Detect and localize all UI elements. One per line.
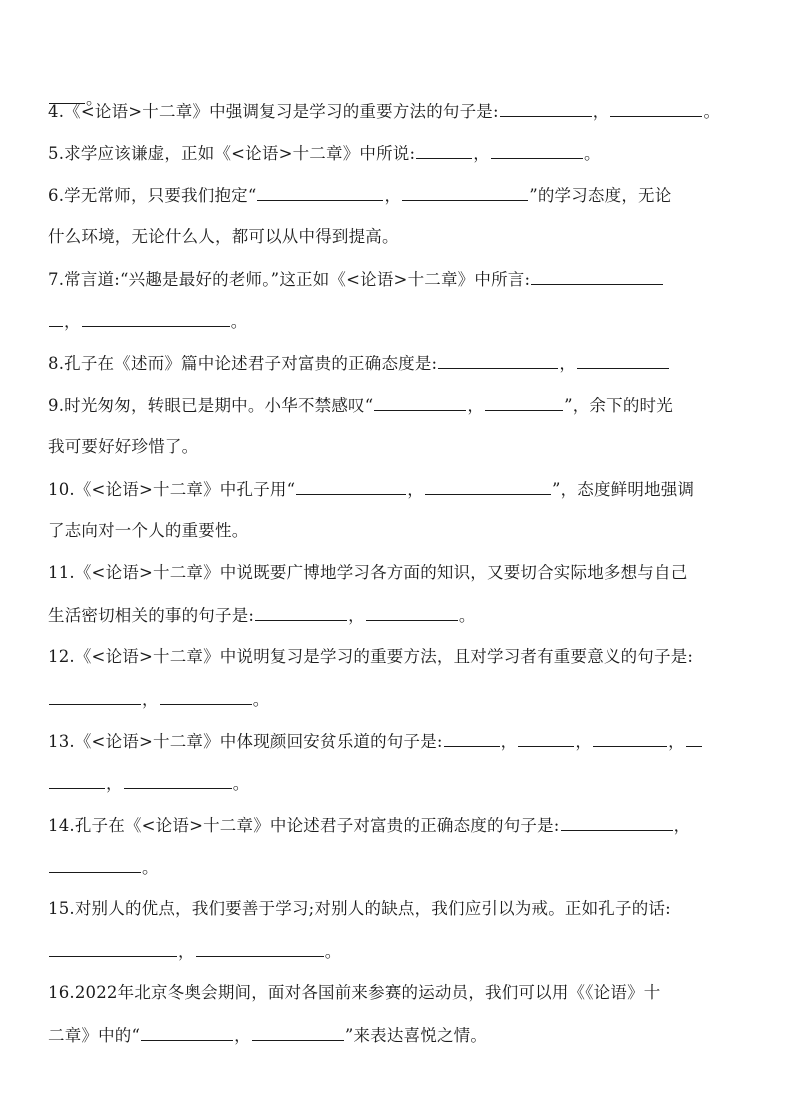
- line-text: 我可要好好珍惜了。: [48, 437, 198, 456]
- answer-blank[interactable]: [49, 773, 105, 789]
- document-line: 11.《<论语>十二章》中说既要广博地学习各方面的知识，又要切合实际地多想与自己: [48, 563, 687, 583]
- answer-blank[interactable]: [438, 353, 558, 369]
- document-line: 9.时光匆匆，转眼已是期中。小华不禁感叹“，”，余下的时光: [48, 395, 673, 415]
- answer-blank[interactable]: [500, 101, 592, 117]
- line-text: 13.《<论语>十二章》中体现颜回安贫乐道的句子是:: [48, 732, 443, 751]
- answer-blank[interactable]: [49, 311, 63, 327]
- document-line: 8.孔子在《述而》篇中论述君子对富贵的正确态度是:，: [48, 353, 670, 373]
- answer-blank[interactable]: [49, 941, 177, 957]
- line-text: ，: [501, 732, 518, 751]
- document-line: 14.孔子在《<论语>十二章》中论述君子对富贵的正确态度的句子是:，: [48, 815, 690, 835]
- line-text: ”的学习态度，无论: [529, 186, 671, 205]
- line-text: ，: [234, 1026, 251, 1045]
- document-line: 6.学无常师，只要我们抱定“，”的学习态度，无论: [48, 185, 671, 205]
- line-text: 8.孔子在《述而》篇中论述君子对富贵的正确态度是:: [48, 354, 437, 373]
- answer-blank[interactable]: [252, 1025, 344, 1041]
- answer-blank[interactable]: [610, 101, 702, 117]
- line-text: 5.求学应该谦虚，正如《<论语>十二章》中所说:: [48, 144, 415, 163]
- answer-blank[interactable]: [686, 731, 702, 747]
- line-text: 15.对别人的优点，我们要善于学习;对别人的缺点，我们应引以为戒。正如孔子的话:: [48, 899, 671, 918]
- line-text: ，: [575, 732, 592, 751]
- answer-blank[interactable]: [416, 143, 472, 159]
- answer-blank[interactable]: [531, 269, 663, 285]
- answer-blank[interactable]: [485, 395, 563, 411]
- answer-blank[interactable]: [160, 689, 252, 705]
- line-text: 。: [703, 102, 720, 121]
- answer-blank[interactable]: [402, 185, 528, 201]
- line-text: ，: [106, 774, 123, 793]
- line-text: ，: [407, 480, 424, 499]
- document-line: 7.常言道:“兴趣是最好的老师。”这正如《<论语>十二章》中所言:: [48, 269, 664, 289]
- document-line: 生活密切相关的事的句子是:，。: [48, 605, 476, 625]
- document-line: 5.求学应该谦虚，正如《<论语>十二章》中所说:，。: [48, 143, 601, 163]
- document-line: ，。: [48, 941, 341, 961]
- line-text: 14.孔子在《<论语>十二章》中论述君子对富贵的正确态度的句子是:: [48, 816, 560, 835]
- answer-blank[interactable]: [196, 941, 324, 957]
- line-text: ，: [674, 816, 691, 835]
- document-line: 10.《<论语>十二章》中孔子用“，”，态度鲜明地强调: [48, 479, 694, 499]
- document-line: ，。: [48, 689, 269, 709]
- line-text: 7.常言道:“兴趣是最好的老师。”这正如《<论语>十二章》中所言:: [48, 270, 530, 289]
- answer-blank[interactable]: [257, 185, 383, 201]
- line-text: 了志向对一个人的重要性。: [48, 521, 248, 540]
- answer-blank[interactable]: [141, 1025, 233, 1041]
- line-text: 4.《<论语>十二章》中强调复习是学习的重要方法的句子是:: [48, 102, 499, 121]
- answer-blank[interactable]: [444, 731, 500, 747]
- line-text: ，: [593, 102, 610, 121]
- answer-blank[interactable]: [425, 479, 551, 495]
- line-text: ，: [384, 186, 401, 205]
- answer-blank[interactable]: [124, 773, 232, 789]
- line-text: 。: [253, 690, 270, 709]
- line-text: 什么环境，无论什么人，都可以从中得到提高。: [48, 227, 399, 246]
- answer-blank[interactable]: [366, 605, 458, 621]
- document-line: 。: [48, 857, 159, 877]
- document-line: 13.《<论语>十二章》中体现颜回安贫乐道的句子是:，，，: [48, 731, 703, 751]
- answer-blank[interactable]: [593, 731, 667, 747]
- line-text: 6.学无常师，只要我们抱定“: [48, 186, 256, 205]
- line-text: 16.2022年北京冬奥会期间，面对各国前来参赛的运动员，我们可以用《《论语》十: [48, 983, 660, 1002]
- line-text: 。: [459, 606, 476, 625]
- line-text: 11.《<论语>十二章》中说既要广博地学习各方面的知识，又要切合实际地多想与自己: [48, 563, 687, 582]
- answer-blank[interactable]: [374, 395, 466, 411]
- line-text: ”来表达喜悦之情。: [345, 1026, 487, 1045]
- line-text: 9.时光匆匆，转眼已是期中。小华不禁感叹“: [48, 396, 373, 415]
- answer-blank[interactable]: [491, 143, 583, 159]
- line-text: ，: [348, 606, 365, 625]
- line-text: 。: [233, 774, 250, 793]
- line-text: ，: [559, 354, 576, 373]
- document-line: 二章》中的“，”来表达喜悦之情。: [48, 1025, 487, 1045]
- line-text: ”，余下的时光: [564, 396, 673, 415]
- answer-blank[interactable]: [577, 353, 669, 369]
- answer-blank[interactable]: [82, 311, 230, 327]
- line-text: 12.《<论语>十二章》中说明复习是学习的重要方法，且对学习者有重要意义的句子是…: [48, 647, 693, 666]
- answer-blank[interactable]: [49, 689, 141, 705]
- line-text: 。: [231, 312, 248, 331]
- document-line: 16.2022年北京冬奥会期间，面对各国前来参赛的运动员，我们可以用《《论语》十: [48, 983, 660, 1003]
- answer-blank[interactable]: [296, 479, 406, 495]
- answer-blank[interactable]: [255, 605, 347, 621]
- document-line: 4.《<论语>十二章》中强调复习是学习的重要方法的句子是:，。: [48, 101, 720, 121]
- line-text: 。: [142, 858, 159, 877]
- document-line: 了志向对一个人的重要性。: [48, 521, 248, 541]
- line-text: ，: [473, 144, 490, 163]
- line-text: 。: [584, 144, 601, 163]
- answer-blank[interactable]: [561, 815, 673, 831]
- line-text: ”，态度鲜明地强调: [552, 480, 694, 499]
- document-line: ，。: [48, 311, 247, 331]
- document-line: ，。: [48, 773, 249, 793]
- document-line: 我可要好好珍惜了。: [48, 437, 198, 457]
- line-text: 二章》中的“: [48, 1026, 140, 1045]
- document-line: 什么环境，无论什么人，都可以从中得到提高。: [48, 227, 399, 247]
- line-text: ，: [668, 732, 685, 751]
- line-text: 生活密切相关的事的句子是:: [48, 606, 254, 625]
- document-line: 12.《<论语>十二章》中说明复习是学习的重要方法，且对学习者有重要意义的句子是…: [48, 647, 693, 667]
- line-text: ，: [64, 312, 81, 331]
- line-text: ，: [142, 690, 159, 709]
- answer-blank[interactable]: [49, 857, 141, 873]
- answer-blank[interactable]: [518, 731, 574, 747]
- line-text: ，: [467, 396, 484, 415]
- line-text: 。: [325, 942, 342, 961]
- document-line: 15.对别人的优点，我们要善于学习;对别人的缺点，我们应引以为戒。正如孔子的话:: [48, 899, 671, 919]
- line-text: 10.《<论语>十二章》中孔子用“: [48, 480, 295, 499]
- line-text: ，: [178, 942, 195, 961]
